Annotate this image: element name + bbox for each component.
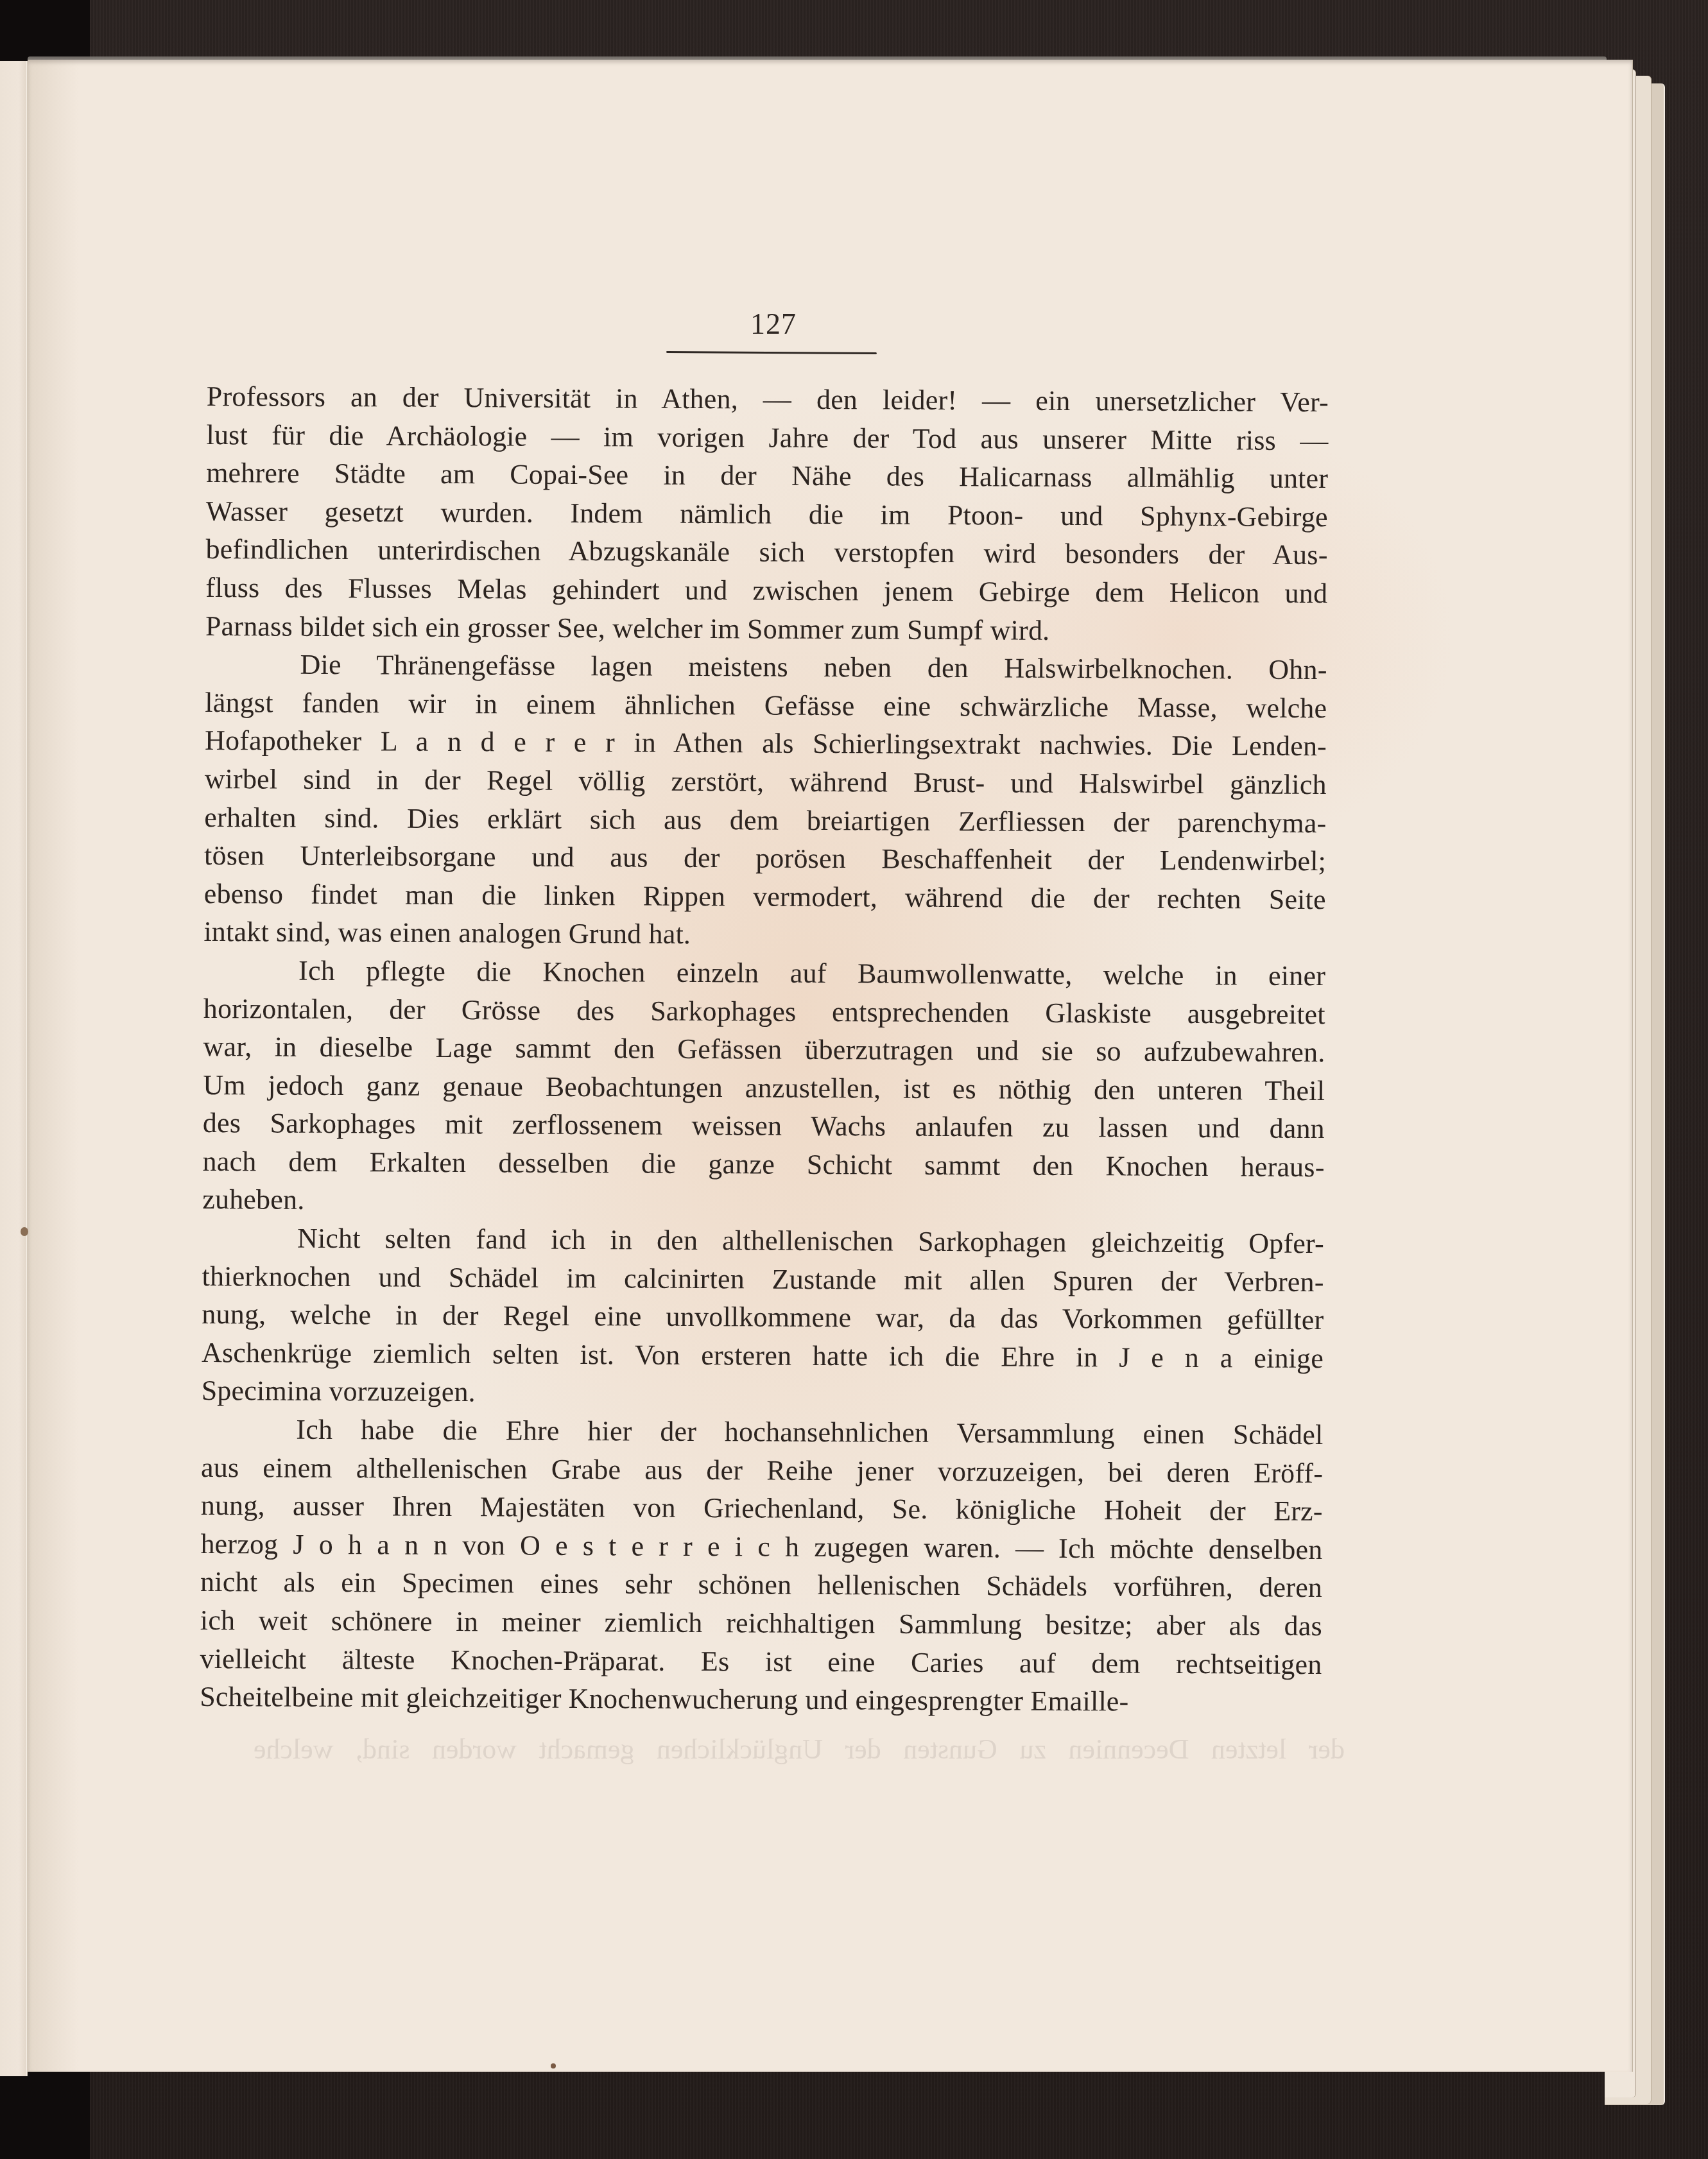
text-line: zuheben. bbox=[202, 1180, 1324, 1225]
text-line: Professors an der Universität in Athen, … bbox=[207, 377, 1329, 422]
previous-page-edge bbox=[0, 61, 27, 2076]
text-line: Ich pflegte die Knochen einzeln auf Baum… bbox=[203, 951, 1325, 995]
text-line: Wasser gesetzt wurden. Indem nämlich die… bbox=[206, 492, 1328, 537]
text-line: horizontalen, der Grösse des Sarkophages… bbox=[203, 989, 1325, 1033]
text-line: aus einem althellenischen Grabe aus der … bbox=[201, 1449, 1323, 1493]
text-line: wirbel sind in der Regel völlig zerstört… bbox=[205, 760, 1327, 804]
text-line: mehrere Städte am Copai-See in der Nähe … bbox=[206, 454, 1328, 498]
text-line: Aschenkrüge ziemlich selten ist. Von ers… bbox=[202, 1334, 1324, 1378]
page-number: 127 bbox=[741, 307, 806, 341]
binding-thread-mark bbox=[21, 1227, 28, 1236]
text-line: tösen Unterleibsorgane und aus der porös… bbox=[204, 836, 1326, 881]
bleed-through-text: der letzten Decennien zu Gunsten der Ung… bbox=[254, 1733, 1345, 1766]
paper-speck bbox=[551, 2063, 556, 2069]
text-line: nung, welche in der Regel eine unvollkom… bbox=[202, 1295, 1324, 1339]
text-line: Um jedoch ganz genaue Beobachtungen anzu… bbox=[203, 1066, 1325, 1110]
text-line: Parnass bildet sich ein grosser See, wel… bbox=[205, 607, 1327, 651]
text-line: längst fanden wir in einem ähnlichen Gef… bbox=[205, 684, 1327, 728]
text-line: fluss des Flusses Melas gehindert und zw… bbox=[205, 569, 1327, 613]
text-line: lust für die Archäologie — im vorigen Ja… bbox=[206, 416, 1328, 460]
text-line: ebenso findet man die linken Rippen verm… bbox=[204, 875, 1326, 919]
text-line: herzog J o h a n n von O e s t e r r e i… bbox=[200, 1525, 1322, 1569]
text-line: Nicht selten fand ich in den althellenis… bbox=[202, 1219, 1324, 1263]
text-line: Hofapotheker L a n d e r e r in Athen al… bbox=[205, 721, 1327, 766]
text-line: ich weit schönere in meiner ziemlich rei… bbox=[200, 1601, 1322, 1646]
body-text: Professors an der Universität in Athen, … bbox=[200, 377, 1329, 1722]
text-line: Scheitelbeine mit gleichzeitiger Knochen… bbox=[200, 1678, 1322, 1722]
text-line: nach dem Erkalten desselben die ganze Sc… bbox=[202, 1142, 1324, 1187]
text-line: Specimina vorzuzeigen. bbox=[202, 1372, 1324, 1416]
text-line: nung, ausser Ihren Majestäten von Griech… bbox=[201, 1486, 1323, 1531]
text-line: erhalten sind. Dies erklärt sich aus dem… bbox=[204, 798, 1326, 843]
text-line: thierknochen und Schädel im calcinirten … bbox=[202, 1257, 1324, 1302]
text-line: Die Thränengefässe lagen meistens neben … bbox=[205, 645, 1327, 689]
text-line: Ich habe die Ehre hier der hochansehnlic… bbox=[201, 1410, 1323, 1454]
text-line: des Sarkophages mit zerflossenem weissen… bbox=[203, 1104, 1325, 1148]
text-line: vielleicht älteste Knochen-Präparat. Es … bbox=[200, 1640, 1322, 1684]
text-line: intakt sind, was einen analogen Grund ha… bbox=[203, 913, 1325, 957]
text-line: nicht als ein Specimen eines sehr schöne… bbox=[200, 1563, 1322, 1607]
text-line: war, in dieselbe Lage sammt den Gefässen… bbox=[203, 1028, 1325, 1072]
text-line: befindlichen unterirdischen Abzugskanäle… bbox=[205, 530, 1327, 574]
